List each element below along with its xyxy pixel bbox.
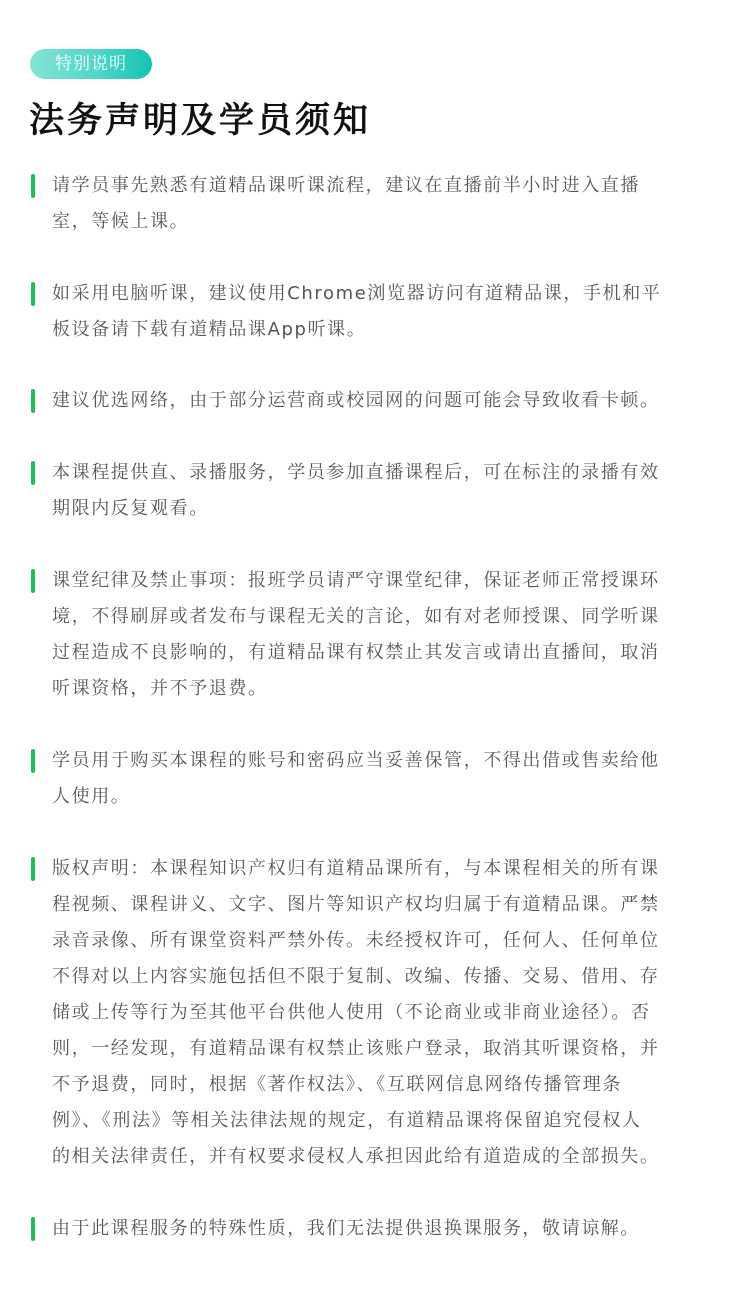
notice-line: 不予退费，同时，根据《著作权法》、《互联网信息网络传播管理条 xyxy=(52,1067,622,1103)
accent-bar-icon xyxy=(31,282,35,306)
notice-line: 建议优选网络，由于部分运营商或校园网的问题可能会导致收看卡顿。 xyxy=(52,383,660,419)
notice-line: 请学员事先熟悉有道精品课听课流程，建议在直播前半小时进入直播 xyxy=(52,168,640,204)
notice-line: 不得对以上内容实施包括但不限于复制、改编、传播、交易、借用、存 xyxy=(52,959,660,995)
accent-bar-icon xyxy=(31,569,35,593)
notice-line: 如采用电脑听课，建议使用Chrome浏览器访问有道精品课，手机和平 xyxy=(52,276,661,312)
notice-line: 版权声明：本课程知识产权归有道精品课所有，与本课程相关的所有课 xyxy=(52,851,660,887)
accent-bar-icon xyxy=(31,857,35,881)
accent-bar-icon xyxy=(31,1217,35,1241)
accent-bar-icon xyxy=(31,389,35,413)
special-notice-badge: 特别说明 xyxy=(30,49,152,79)
notice-line: 学员用于购买本课程的账号和密码应当妥善保管，不得出借或售卖给他 xyxy=(52,743,660,779)
notice-line: 室，等候上课。 xyxy=(52,204,189,240)
notice-line: 课堂纪律及禁止事项：报班学员请严守课堂纪律，保证老师正常授课环 xyxy=(52,563,660,599)
notice-line: 人使用。 xyxy=(52,779,130,815)
accent-bar-icon xyxy=(31,749,35,773)
notice-line: 的相关法律责任，并有权要求侵权人承担因此给有道造成的全部损失。 xyxy=(52,1139,660,1175)
notice-line: 例》、《刑法》等相关法律法规的规定，有道精品课将保留追究侵权人 xyxy=(52,1103,642,1139)
notice-line: 本课程提供直、录播服务，学员参加直播课程后，可在标注的录播有效 xyxy=(52,455,660,491)
notice-line: 录音录像、所有课堂资料严禁外传。未经授权许可，任何人、任何单位 xyxy=(52,923,660,959)
notice-line: 期限内反复观看。 xyxy=(52,491,209,527)
notice-line: 则，一经发现，有道精品课有权禁止该账户登录，取消其听课资格，并 xyxy=(52,1031,660,1067)
notice-line: 境，不得刷屏或者发布与课程无关的言论，如有对老师授课、同学听课 xyxy=(52,599,660,635)
notice-line: 过程造成不良影响的，有道精品课有权禁止其发言或请出直播间，取消 xyxy=(52,635,660,671)
notice-line: 板设备请下载有道精品课App听课。 xyxy=(52,312,366,348)
accent-bar-icon xyxy=(31,461,35,485)
accent-bar-icon xyxy=(31,174,35,198)
page-title: 法务声明及学员须知 xyxy=(29,99,371,143)
notice-line: 程视频、课程讲义、文字、图片等知识产权均归属于有道精品课。严禁 xyxy=(52,887,660,923)
notice-line: 储或上传等行为至其他平台供他人使用（不论商业或非商业途径）。否 xyxy=(52,995,651,1031)
notice-line: 听课资格，并不予退费。 xyxy=(52,671,268,707)
notice-line: 由于此课程服务的特殊性质，我们无法提供退换课服务，敬请谅解。 xyxy=(52,1211,640,1247)
